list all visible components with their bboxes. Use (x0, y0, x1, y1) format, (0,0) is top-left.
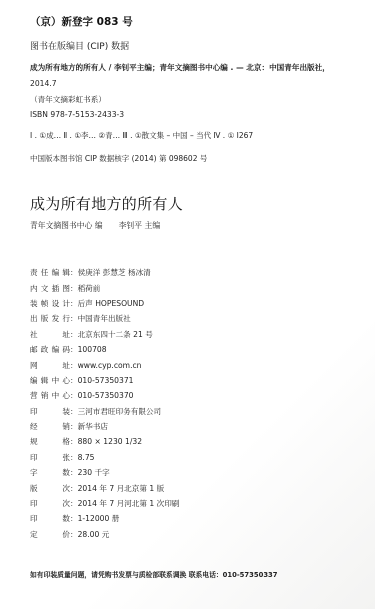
colophon-row-website: 网 址：www.cyp.com.cn (30, 357, 179, 372)
quality-notice: 如有印装质量问题，请凭购书发票与质检部联系调换 联系电话：010-5735033… (30, 569, 278, 579)
colophon-row-printing: 印 次：2014 年 7 月河北第 1 次印刷 (30, 496, 179, 511)
colophon-value: 010-57350371 (78, 376, 134, 385)
colophon-label: 字 数 (30, 467, 70, 478)
cip-series-line: （青年文摘彩虹书系） (30, 96, 106, 104)
colophon-value: 三河市君旺印务有限公司 (78, 406, 162, 417)
colophon-value: 2014 年 7 月北京第 1 版 (78, 483, 165, 494)
colophon-value: 稻荷前 (78, 283, 101, 294)
colophon-label: 责任编辑 (30, 267, 70, 278)
colophon-row-word-count: 字 数：230 千字 (30, 465, 179, 480)
colophon-label: 版 次 (30, 483, 70, 494)
colophon-label: 印 次 (30, 498, 70, 509)
colophon-label: 经 销 (30, 421, 70, 432)
colon: ： (70, 267, 78, 278)
cip-isbn: ISBN 978-7-5153-2433-3 (30, 111, 124, 119)
colon: ： (70, 529, 78, 540)
colophon-value: 1-12000 册 (78, 513, 120, 524)
cip-classification: Ⅰ . ①成… Ⅱ . ①李… ②青… Ⅲ . ①散文集 – 中国 – 当代 Ⅳ… (30, 132, 253, 140)
colophon-label: 网 址 (30, 360, 70, 371)
colon: ： (70, 298, 78, 309)
colophon-row-illustration: 内文插图：稻荷前 (30, 280, 179, 295)
colophon-row-postcode: 邮政编码：100708 (30, 342, 179, 357)
colophon-row-design: 装帧设计：后声 HOPESOUND (30, 296, 179, 311)
colophon-label: 邮政编码 (30, 344, 70, 355)
book-title: 成为所有地方的所有人 (30, 197, 183, 212)
editor-organization: 青年文摘图书中心 编 (30, 221, 103, 230)
colon: ： (70, 313, 78, 324)
colon: ： (70, 513, 78, 524)
colophon-row-address: 社 址：北京东四十二条 21 号 (30, 327, 179, 342)
colophon-row-distributor: 经 销：新华书店 (30, 419, 179, 434)
colophon-row-format: 规 格：880 × 1230 1/32 (30, 434, 179, 449)
colophon-row-editorial-center: 编辑中心：010-57350371 (30, 373, 179, 388)
colophon-value: 北京东四十二条 21 号 (78, 329, 153, 340)
colophon-row-print-run: 印 数：1-12000 册 (30, 511, 179, 526)
colon: ： (70, 421, 78, 432)
colophon-label: 内文插图 (30, 283, 70, 294)
cip-date-line: 2014.7 (30, 80, 57, 88)
colon: ： (70, 283, 78, 294)
colophon-value: 2014 年 7 月河北第 1 次印刷 (78, 498, 180, 509)
colophon-label: 印 装 (30, 406, 70, 417)
colophon-value: 侯庚洋 彭慧芝 杨冰清 (78, 267, 151, 278)
colon: ： (70, 390, 78, 401)
colophon-label: 营销中心 (30, 390, 70, 401)
chief-editor: 李钊平 主编 (119, 221, 160, 230)
colophon-value: 28.00 元 (78, 529, 110, 540)
cip-approval-number: 中国版本图书馆 CIP 数据核字 (2014) 第 098602 号 (30, 155, 207, 163)
colophon-label: 印 张 (30, 452, 70, 463)
colophon-value: 100708 (78, 345, 107, 354)
colophon-label: 出版发行 (30, 313, 70, 324)
colophon-row-responsible-editors: 责任编辑：侯庚洋 彭慧芝 杨冰清 (30, 265, 179, 280)
colophon-row-publisher: 出版发行：中国青年出版社 (30, 311, 179, 326)
colophon-row-printer: 印 装：三河市君旺印务有限公司 (30, 404, 179, 419)
colophon-value: 230 千字 (78, 467, 110, 478)
colophon-label: 装帧设计 (30, 298, 70, 309)
colophon-label: 印 数 (30, 513, 70, 524)
colon: ： (70, 498, 78, 509)
cip-title-line: 成为所有地方的所有人 / 李钊平主编；青年文摘图书中心编 . — 北京：中国青年… (30, 64, 330, 72)
colophon-row-sheets: 印 张：8.75 (30, 450, 179, 465)
colophon-value: www.cyp.com.cn (78, 361, 142, 370)
registration-number: （京）新登字 083 号 (30, 17, 133, 28)
copyright-page: （京）新登字 083 号 图书在版编目 (CIP) 数据 成为所有地方的所有人 … (0, 0, 375, 609)
colophon-row-price: 定 价：28.00 元 (30, 527, 179, 542)
colophon-value: 新华书店 (78, 421, 108, 432)
colon: ： (70, 344, 78, 355)
colophon-row-marketing-center: 营销中心：010-57350370 (30, 388, 179, 403)
colophon-label: 社 址 (30, 329, 70, 340)
cip-heading: 图书在版编目 (CIP) 数据 (30, 43, 129, 52)
colophon-label: 编辑中心 (30, 375, 70, 386)
colon: ： (70, 467, 78, 478)
colophon-value: 8.75 (78, 453, 95, 462)
colophon-row-edition: 版 次：2014 年 7 月北京第 1 版 (30, 480, 179, 495)
colophon-value: 中国青年出版社 (78, 313, 131, 324)
colon: ： (70, 452, 78, 463)
colophon-value: 后声 HOPESOUND (78, 298, 145, 309)
book-editors: 青年文摘图书中心 编李钊平 主编 (30, 222, 160, 230)
colophon-label: 规 格 (30, 436, 70, 447)
colon: ： (70, 436, 78, 447)
colon: ： (70, 375, 78, 386)
colophon-label: 定 价 (30, 529, 70, 540)
colon: ： (70, 360, 78, 371)
colon: ： (70, 406, 78, 417)
colon: ： (70, 483, 78, 494)
colophon-list: 责任编辑：侯庚洋 彭慧芝 杨冰清 内文插图：稻荷前 装帧设计：后声 HOPESO… (30, 265, 179, 542)
colon: ： (70, 329, 78, 340)
colophon-value: 880 × 1230 1/32 (78, 437, 142, 446)
colophon-value: 010-57350370 (78, 391, 134, 400)
